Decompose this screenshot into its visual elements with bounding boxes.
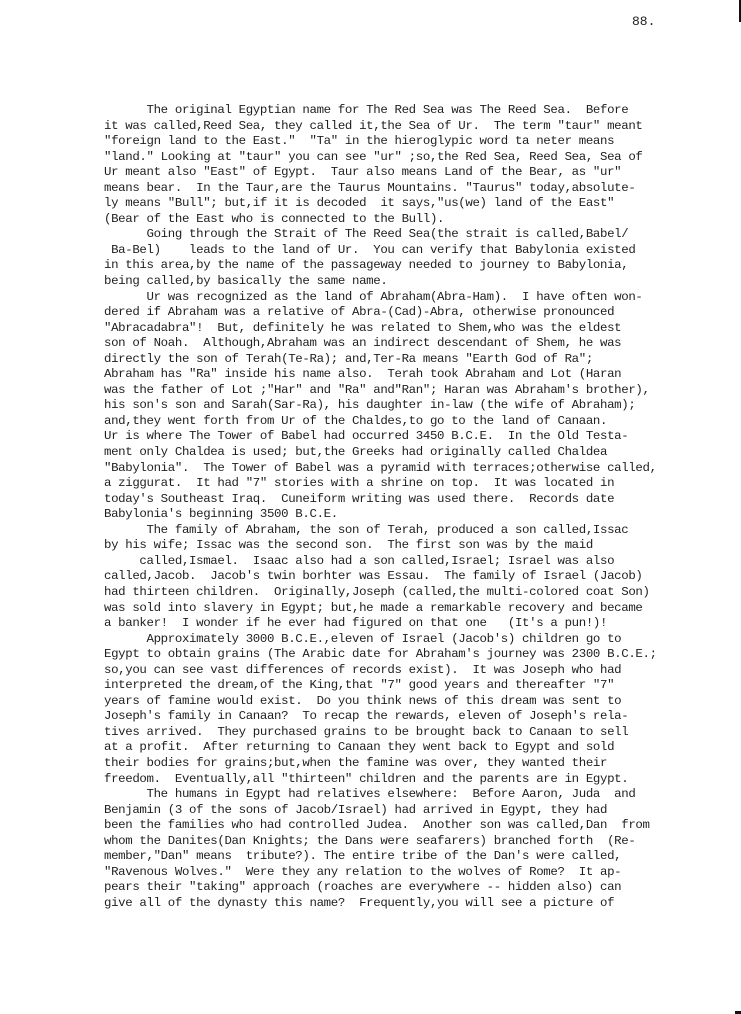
text-line: "land." Looking at "taur" you can see "u…	[104, 150, 724, 166]
text-line: means bear. In the Taur,are the Taurus M…	[104, 181, 724, 197]
text-line: member,"Dan" means tribute?). The entire…	[104, 849, 724, 865]
text-line: Ur was recognized as the land of Abraham…	[104, 290, 724, 306]
text-line: a ziggurat. It had "7" stories with a sh…	[104, 476, 724, 492]
text-line: being called,by basically the same name.	[104, 274, 724, 290]
text-line: was sold into slavery in Egypt; but,he m…	[104, 601, 724, 617]
text-line: ly means "Bull"; but,if it is decoded it…	[104, 196, 724, 212]
text-line: Benjamin (3 of the sons of Jacob/Israel)…	[104, 803, 724, 819]
text-line: freedom. Eventually,all "thirteen" child…	[104, 772, 724, 788]
text-line: "foreign land to the East." "Ta" in the …	[104, 134, 724, 150]
text-line: "Abracadabra"! But, definitely he was re…	[104, 321, 724, 337]
text-line: at a profit. After returning to Canaan t…	[104, 740, 724, 756]
text-line: whom the Danites(Dan Knights; the Dans w…	[104, 834, 724, 850]
text-line: dered if Abraham was a relative of Abra-…	[104, 305, 724, 321]
text-line: years of famine would exist. Do you thin…	[104, 694, 724, 710]
text-line: in this area,by the name of the passagew…	[104, 258, 724, 274]
text-line: The original Egyptian name for The Red S…	[104, 103, 724, 119]
text-line: Joseph's family in Canaan? To recap the …	[104, 709, 724, 725]
text-line: Babylonia's beginning 3500 B.C.E.	[104, 507, 724, 523]
text-line: The humans in Egypt had relatives elsewh…	[104, 787, 724, 803]
text-line: Ba-Bel) leads to the land of Ur. You can…	[104, 243, 724, 259]
text-line: a banker! I wonder if he ever had figure…	[104, 616, 724, 632]
text-line: Ur is where The Tower of Babel had occur…	[104, 429, 724, 445]
text-line: Abraham has "Ra" inside his name also. T…	[104, 367, 724, 383]
text-line: by his wife; Issac was the second son. T…	[104, 538, 724, 554]
text-line: and,they went forth from Ur of the Chald…	[104, 414, 724, 430]
text-line: pears their "taking" approach (roaches a…	[104, 880, 724, 896]
text-line: tives arrived. They purchased grains to …	[104, 725, 724, 741]
text-line: interpreted the dream,of the King,that "…	[104, 678, 724, 694]
text-line: "Babylonia". The Tower of Babel was a py…	[104, 461, 724, 477]
text-line: ment only Chaldea is used; but,the Greek…	[104, 445, 724, 461]
text-line: "Ravenous Wolves." Were they any relatio…	[104, 865, 724, 881]
text-line: been the families who had controlled Jud…	[104, 818, 724, 834]
text-line: give all of the dynasty this name? Frequ…	[104, 896, 724, 912]
text-line: Egypt to obtain grains (The Arabic date …	[104, 647, 724, 663]
text-line: Going through the Strait of The Reed Sea…	[104, 227, 724, 243]
page-number: 88.	[632, 14, 655, 29]
text-line: was the father of Lot ;"Har" and "Ra" an…	[104, 383, 724, 399]
text-line: had thirteen children. Originally,Joseph…	[104, 585, 724, 601]
text-line: called,Ismael. Isaac also had a son call…	[104, 554, 724, 570]
text-line: (Bear of the East who is connected to th…	[104, 212, 724, 228]
text-line: directly the son of Terah(Te-Ra); and,Te…	[104, 352, 724, 368]
text-line: so,you can see vast differences of recor…	[104, 663, 724, 679]
text-line: called,Jacob. Jacob's twin borhter was E…	[104, 569, 724, 585]
text-line: The family of Abraham, the son of Terah,…	[104, 523, 724, 539]
body-text: The original Egyptian name for The Red S…	[104, 103, 724, 911]
text-line: today's Southeast Iraq. Cuneiform writin…	[104, 492, 724, 508]
document-page: 88. The original Egyptian name for The R…	[0, 0, 741, 1014]
text-line: their bodies for grains;but,when the fam…	[104, 756, 724, 772]
text-line: it was called,Reed Sea, they called it,t…	[104, 119, 724, 135]
text-line: son of Noah. Although,Abraham was an ind…	[104, 336, 724, 352]
text-line: Ur meant also "East" of Egypt. Taur also…	[104, 165, 724, 181]
text-line: Approximately 3000 B.C.E.,eleven of Isra…	[104, 632, 724, 648]
text-line: his son's son and Sarah(Sar-Ra), his dau…	[104, 398, 724, 414]
